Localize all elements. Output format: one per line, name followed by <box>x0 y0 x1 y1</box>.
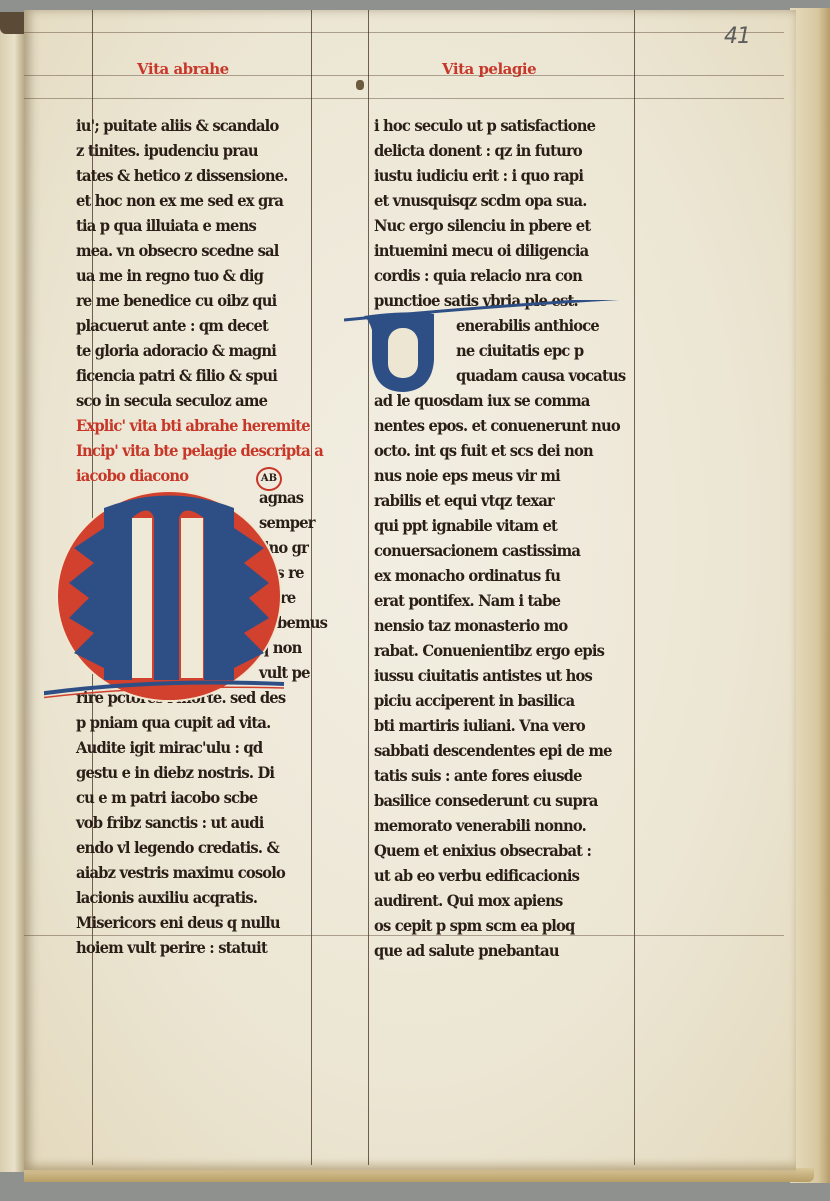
text-line: ex monacho ordinatus fu <box>374 566 560 586</box>
column-ruling-right-inner <box>634 10 635 1165</box>
rubric-line: Incip' vita bte pelagie descripta a <box>76 441 323 461</box>
text-line: piciu acciperent in basilica <box>374 691 574 711</box>
text-line: ut ab eo verbu edificacionis <box>374 866 579 886</box>
text-line: gestu e in diebz nostris. Di <box>76 763 274 783</box>
text-line: memorato venerabili nonno. <box>374 816 586 836</box>
text-line: Nuc ergo silenciu in pbere et <box>374 216 590 236</box>
text-line: sco in secula seculoz ame <box>76 391 267 411</box>
text-line: ua me in regno tuo & dig <box>76 266 263 286</box>
text-line: nentes epos. et conuenerunt nuo <box>374 416 620 436</box>
previous-leaf-edge <box>0 12 26 1172</box>
text-line: intuemini mecu oi diligencia <box>374 241 588 261</box>
page-stack-edge <box>790 8 830 1183</box>
column-ruling-left-inner <box>311 10 312 1165</box>
text-line: re me benedice cu oibz qui <box>76 291 276 311</box>
text-line: et vnusquisqz scdm opa sua. <box>374 191 587 211</box>
text-line: placuerut ante : qm decet <box>76 316 268 336</box>
text-line: endo vl legendo credatis. & <box>76 838 279 858</box>
text-line: audirent. Qui mox apiens <box>374 891 562 911</box>
text-line: que ad salute pnebantau <box>374 941 559 961</box>
text-line: z tinites. ipudenciu prau <box>76 141 258 161</box>
text-line: p pniam qua cupit ad vita. <box>76 713 270 733</box>
ruling-line <box>24 75 784 76</box>
text-line: nensio taz monasterio mo <box>374 616 567 636</box>
text-line: et hoc non ex me sed ex gra <box>76 191 283 211</box>
text-line: Audite igit mirac'ulu : qd <box>76 738 262 758</box>
ruling-line <box>24 32 784 33</box>
text-line: ficencia patri & filio & spui <box>76 366 277 386</box>
text-line: rabilis et equi vtqz texar <box>374 491 554 511</box>
text-line: Misericors eni deus q nullu <box>76 913 280 933</box>
ink-stain <box>356 80 364 90</box>
text-line: delicta donent : qz in futuro <box>374 141 582 161</box>
text-line: lacionis auxiliu acqratis. <box>76 888 257 908</box>
text-line: iu'; puitate aliis & scandalo <box>76 116 278 136</box>
text-line: iustu iudiciu erit : i quo rapi <box>374 166 583 186</box>
text-line: cordis : quia relacio nra con <box>374 266 582 286</box>
folio-number: 41 <box>724 24 750 49</box>
text-line: hoiem vult perire : statuit <box>76 938 267 958</box>
decorated-initial-v-icon <box>344 300 674 400</box>
text-line: iussu ciuitatis antistes ut hos <box>374 666 592 686</box>
text-line: rabat. Conuenientibz ergo epis <box>374 641 604 661</box>
text-line: bti martiris iuliani. Vna vero <box>374 716 585 736</box>
rubric-line: iacobo diacono <box>76 466 188 486</box>
rubric-line: Explic' vita bti abrahe heremite <box>76 416 310 436</box>
text-line: tia p qua illuiata e mens <box>76 216 256 236</box>
text-line: tates & hetico z dissensione. <box>76 166 288 186</box>
decorated-initial-m-icon <box>44 488 304 708</box>
text-line: mea. vn obsecro scedne sal <box>76 241 279 261</box>
text-line: os cepit p spm scm ea ploq <box>374 916 575 936</box>
text-line: conuersacionem castissima <box>374 541 580 561</box>
text-line: tatis suis : ante fores eiusde <box>374 766 582 786</box>
text-line: vob fribz sanctis : ut audi <box>76 813 263 833</box>
text-line: nus noie eps meus vir mi <box>374 466 560 486</box>
text-line: basilice consederunt cu supra <box>374 791 598 811</box>
ruling-line <box>24 98 784 99</box>
text-line: cu e m patri iacobo scbe <box>76 788 257 808</box>
text-line: Quem et enixius obsecrabat : <box>374 841 591 861</box>
text-line: aiabz vestris maximu cosolo <box>76 863 285 883</box>
text-line: erat pontifex. Nam i tabe <box>374 591 560 611</box>
manuscript-page: 41 Vita abrahe Vita pelagie iu'; puitate… <box>24 10 796 1173</box>
column-ruling-right-outer <box>368 10 369 1165</box>
text-line: octo. int qs fuit et scs dei non <box>374 441 593 461</box>
text-line: te gloria adoracio & magni <box>76 341 276 361</box>
text-line: i hoc seculo ut p satisfactione <box>374 116 595 136</box>
text-line: qui ppt ignabile vitam et <box>374 516 557 536</box>
text-line: sabbati descendentes epi de me <box>374 741 612 761</box>
